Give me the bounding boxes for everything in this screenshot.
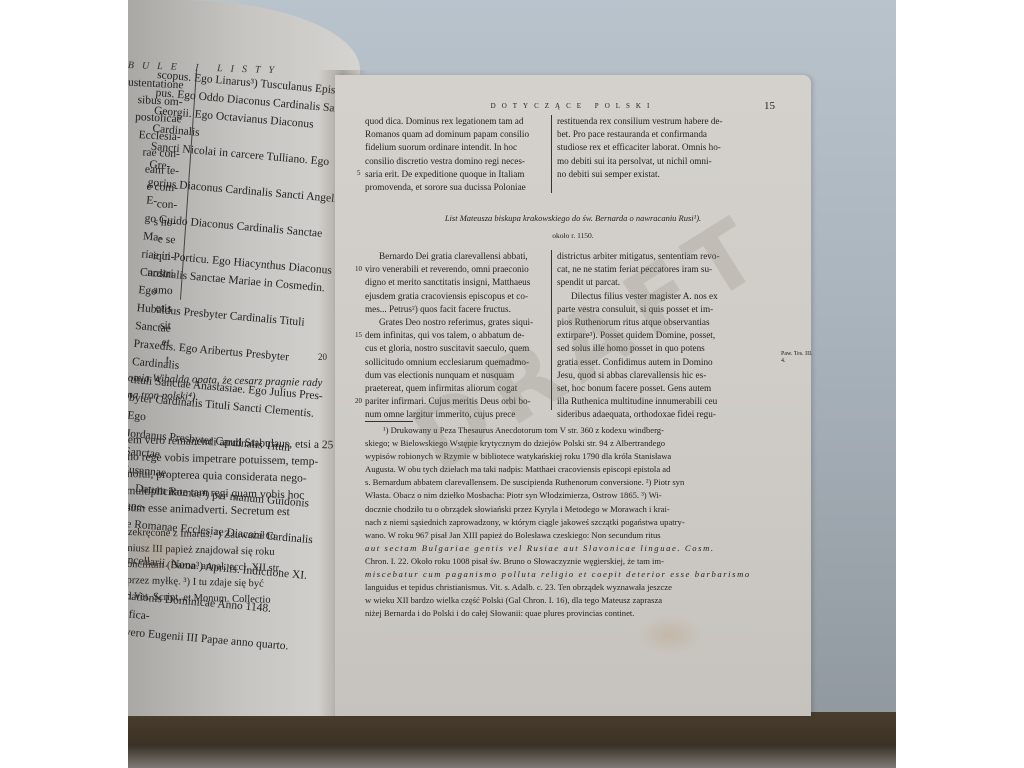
footnote-line: languidus et tepidus christianismus. Vit… xyxy=(365,581,771,594)
footnote-line: skiego; w Bielowskiego Wstępie krytyczny… xyxy=(365,437,771,450)
text-line: restituenda rex consilium vestrum habere… xyxy=(557,115,755,128)
line-number: 10 xyxy=(355,265,362,273)
footnote-line: nach z niemi sąsiednich zaprowadzony, w … xyxy=(365,516,771,529)
line-number: 20 xyxy=(355,397,362,405)
footnote-line: w wieku XII bardzo wielka część Polski (… xyxy=(365,594,771,607)
page-number: 15 xyxy=(764,100,775,112)
text-line: num omne largitur immerito, cujus prece xyxy=(365,408,547,421)
column-divider xyxy=(551,250,552,410)
text-line: studiose rex et efficaciter laborat. Omn… xyxy=(557,141,755,154)
text-line: sollicitudo omnium ecclesiarum quemadmo- xyxy=(365,356,547,369)
letter-date: około r. 1150. xyxy=(335,231,811,240)
paper-stain xyxy=(635,615,705,655)
text-line: spendit ut parcat. xyxy=(557,276,755,289)
text-line: cat, ne ne statim feriat peccatores iram… xyxy=(557,263,755,276)
paper-stain xyxy=(128,520,188,580)
text-line: dum vas electionis nunquam et nusquam xyxy=(365,369,547,382)
text-line: Romanos quam ad dominum papam consilio xyxy=(365,128,547,141)
right-running-header: DOTYCZĄCE POLSKI xyxy=(335,102,811,110)
text-line: mes... Petrus²) quos facit facere fructu… xyxy=(365,303,547,316)
text-line: districtus arbiter mitigatus, sententiam… xyxy=(557,250,755,263)
text-line: Grates Deo nostro referimus, grates siqu… xyxy=(365,316,547,329)
text-line: extirpare³). Posset quidem Domine, posse… xyxy=(557,329,755,342)
letter-title: List Mateusza biskupa krakowskiego do św… xyxy=(335,213,811,223)
footnote-line: docznie chodziło tu o obrządek słowiańsk… xyxy=(365,503,771,516)
text-line: viro venerabili et reverendo, omni praec… xyxy=(365,263,547,276)
footnote-line: Własta. Obacz o nim dziełko Mosbacha: Pi… xyxy=(365,489,771,502)
text-line: digno et merito sanctitatis insigni, Mat… xyxy=(365,276,547,289)
text-line: illa Ruthenica multitudine innumerabili … xyxy=(557,395,755,408)
text-line: Jesu, quod si abbas clarevallensis hic e… xyxy=(557,369,755,382)
text-line: bet. Pro pace restauranda et confirmanda xyxy=(557,128,755,141)
text-line: pios Ruthenorum ritus atque observantias xyxy=(557,316,755,329)
text-line: consilio discretio vestra domino regi ne… xyxy=(365,155,547,168)
footnote-line: niżej Bernarda i do Polski i do całej Sł… xyxy=(365,607,771,620)
text-line: no debiti sui semper existat. xyxy=(557,168,755,181)
text-line: quod dica. Dominus rex legationem tam ad xyxy=(365,115,547,128)
book-cover-edge xyxy=(128,712,896,768)
footnote-line: miscebatur cum paganismo polluta religio… xyxy=(365,568,771,581)
text-line: dem infinitas, qui vos talem, o abbatum … xyxy=(365,329,547,342)
footnote-line: ¹) Drukowany u Peza Thesaurus Anecdotoru… xyxy=(365,424,771,437)
margin-note: Paw. Tes. III. 4. xyxy=(781,351,817,365)
footnote-line: wypisów robionych w Rzymie w bibliotece … xyxy=(365,450,771,463)
column-right: districtus arbiter mitigatus, sententiam… xyxy=(557,250,755,422)
line-number: 15 xyxy=(355,331,362,339)
footnote-line: Chron. I. 22. Około roku 1008 pisał św. … xyxy=(365,555,771,568)
text-line: fidelium suorum ordinare intendit. In ho… xyxy=(365,141,547,154)
footnote-divider xyxy=(365,421,413,422)
text-line: Dilectus filius vester magister A. nos e… xyxy=(557,290,755,303)
text-line: pariter infirmari. Cujus meritis Deus or… xyxy=(365,395,547,408)
text-line: ejusdem gratia cracoviensis episcopus et… xyxy=(365,290,547,303)
text-line: set, hoc bonum facere posset. Gens autem xyxy=(557,382,755,395)
text-line: cus et gloria, nostro suscitavit saeculo… xyxy=(365,342,547,355)
text-line: saria erit. De expeditione quoque in Ita… xyxy=(365,168,547,181)
text-line: mo debiti sui ita persolvat, ut nichil o… xyxy=(557,155,755,168)
footnote-line: Augusta. W obu tych dziełach ma taki nad… xyxy=(365,463,771,476)
column-left: quod dica. Dominus rex legationem tam ad… xyxy=(365,115,547,194)
text-line: praetereat, quem infirmitas aliorum coga… xyxy=(365,382,547,395)
line-number: 5 xyxy=(357,169,361,177)
text-line: sideribus adaequata, orthodoxae fidei re… xyxy=(557,408,755,421)
column-left: Bernardo Dei gratia clarevallensi abbati… xyxy=(365,250,547,422)
text-line: Bernardo Dei gratia clarevallensi abbati… xyxy=(365,250,547,263)
book-photo: BULE I LISTY ustentatione sibus om- post… xyxy=(128,0,896,768)
footnote-line: s. Bernardum abbatem clarevallensem. De … xyxy=(365,476,771,489)
column-divider xyxy=(551,115,552,193)
right-page: DOTYCZĄCE POLSKI 15 quod dica. Dominus r… xyxy=(335,75,811,716)
text-line: gratia esset. Confidimus autem in Domino xyxy=(557,356,755,369)
footnote-line: wano. W roku 967 pisał Jan XIII papież d… xyxy=(365,529,771,542)
footnote-line: aut sectam Bulgariae gentis vel Rusiae a… xyxy=(365,542,771,555)
text-line: parte vestra consuluit, si quis posset e… xyxy=(557,303,755,316)
text-line: sed solus ille homo posset in quo potens xyxy=(557,342,755,355)
column-right: restituenda rex consilium vestrum habere… xyxy=(557,115,755,181)
text-line: promovenda, et sorore sua ducissa Poloni… xyxy=(365,181,547,194)
footnotes: ¹) Drukowany u Peza Thesaurus Anecdotoru… xyxy=(365,424,771,620)
